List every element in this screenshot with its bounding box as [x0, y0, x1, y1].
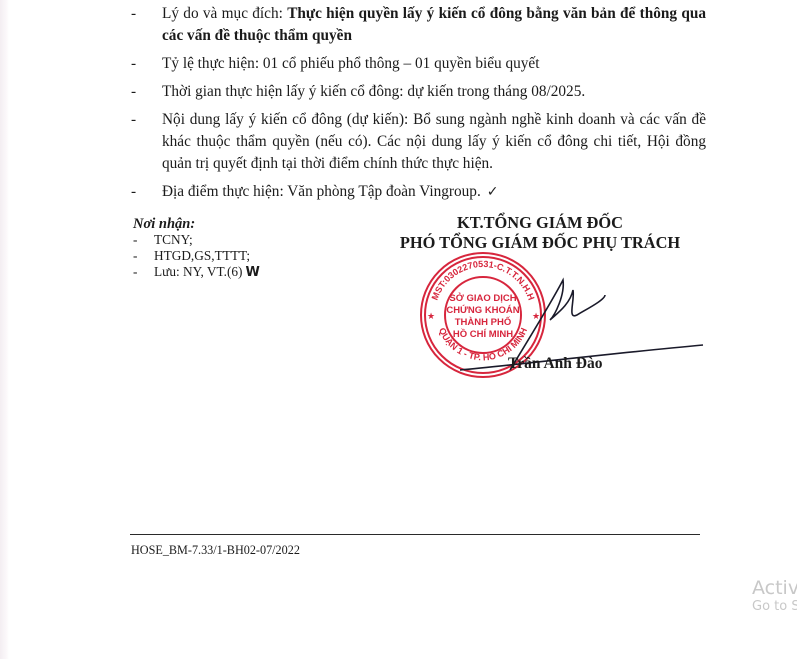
svg-text:★: ★	[427, 311, 435, 321]
ratio-text: Tỷ lệ thực hiện: 01 cổ phiếu phổ thông –…	[162, 55, 539, 72]
list-item-ratio: - Tỷ lệ thực hiện: 01 cổ phiếu phổ thông…	[131, 53, 706, 75]
handwritten-tick-icon: ✓	[487, 184, 499, 200]
list-item-reason: - Lý do và mục đích: Thực hiện quyền lấy…	[131, 3, 706, 47]
time-text: Thời gian thực hiện lấy ý kiến cổ đông: …	[162, 83, 585, 100]
page-edge-shadow	[0, 0, 9, 659]
signature-title-line1: KT.TỔNG GIÁM ĐỐC	[380, 213, 700, 233]
recipient-item: -HTGD,GS,TTTT;	[133, 248, 260, 264]
list-item-content: - Nội dung lấy ý kiến cổ đông (dự kiến):…	[131, 109, 706, 175]
location-text: Địa điểm thực hiện: Văn phòng Tập đoàn V…	[162, 183, 481, 200]
recipient-item: -Lưu: NY, VT.(6)W	[133, 264, 260, 281]
recipient-item: -TCNY;	[133, 232, 260, 248]
recipients-block: Nơi nhận: -TCNY; -HTGD,GS,TTTT; -Lưu: NY…	[133, 216, 260, 281]
recipients-title: Nơi nhận:	[133, 216, 260, 232]
list-item-time: - Thời gian thực hiện lấy ý kiến cổ đông…	[131, 81, 706, 103]
details-list: - Lý do và mục đích: Thực hiện quyền lấy…	[131, 3, 706, 203]
handwritten-initials-icon: W	[245, 265, 259, 280]
footer-divider	[130, 534, 700, 535]
list-item-location: - Địa điểm thực hiện: Văn phòng Tập đoàn…	[131, 181, 706, 203]
form-code: HOSE_BM-7.33/1-BH02-07/2022	[131, 543, 300, 558]
reason-label: Lý do và mục đích:	[162, 5, 287, 22]
signer-name: Trần Anh Đào	[508, 355, 602, 373]
activation-watermark: Activa Go to S	[752, 577, 797, 615]
content-text: Nội dung lấy ý kiến cổ đông (dự kiến): B…	[162, 111, 706, 172]
